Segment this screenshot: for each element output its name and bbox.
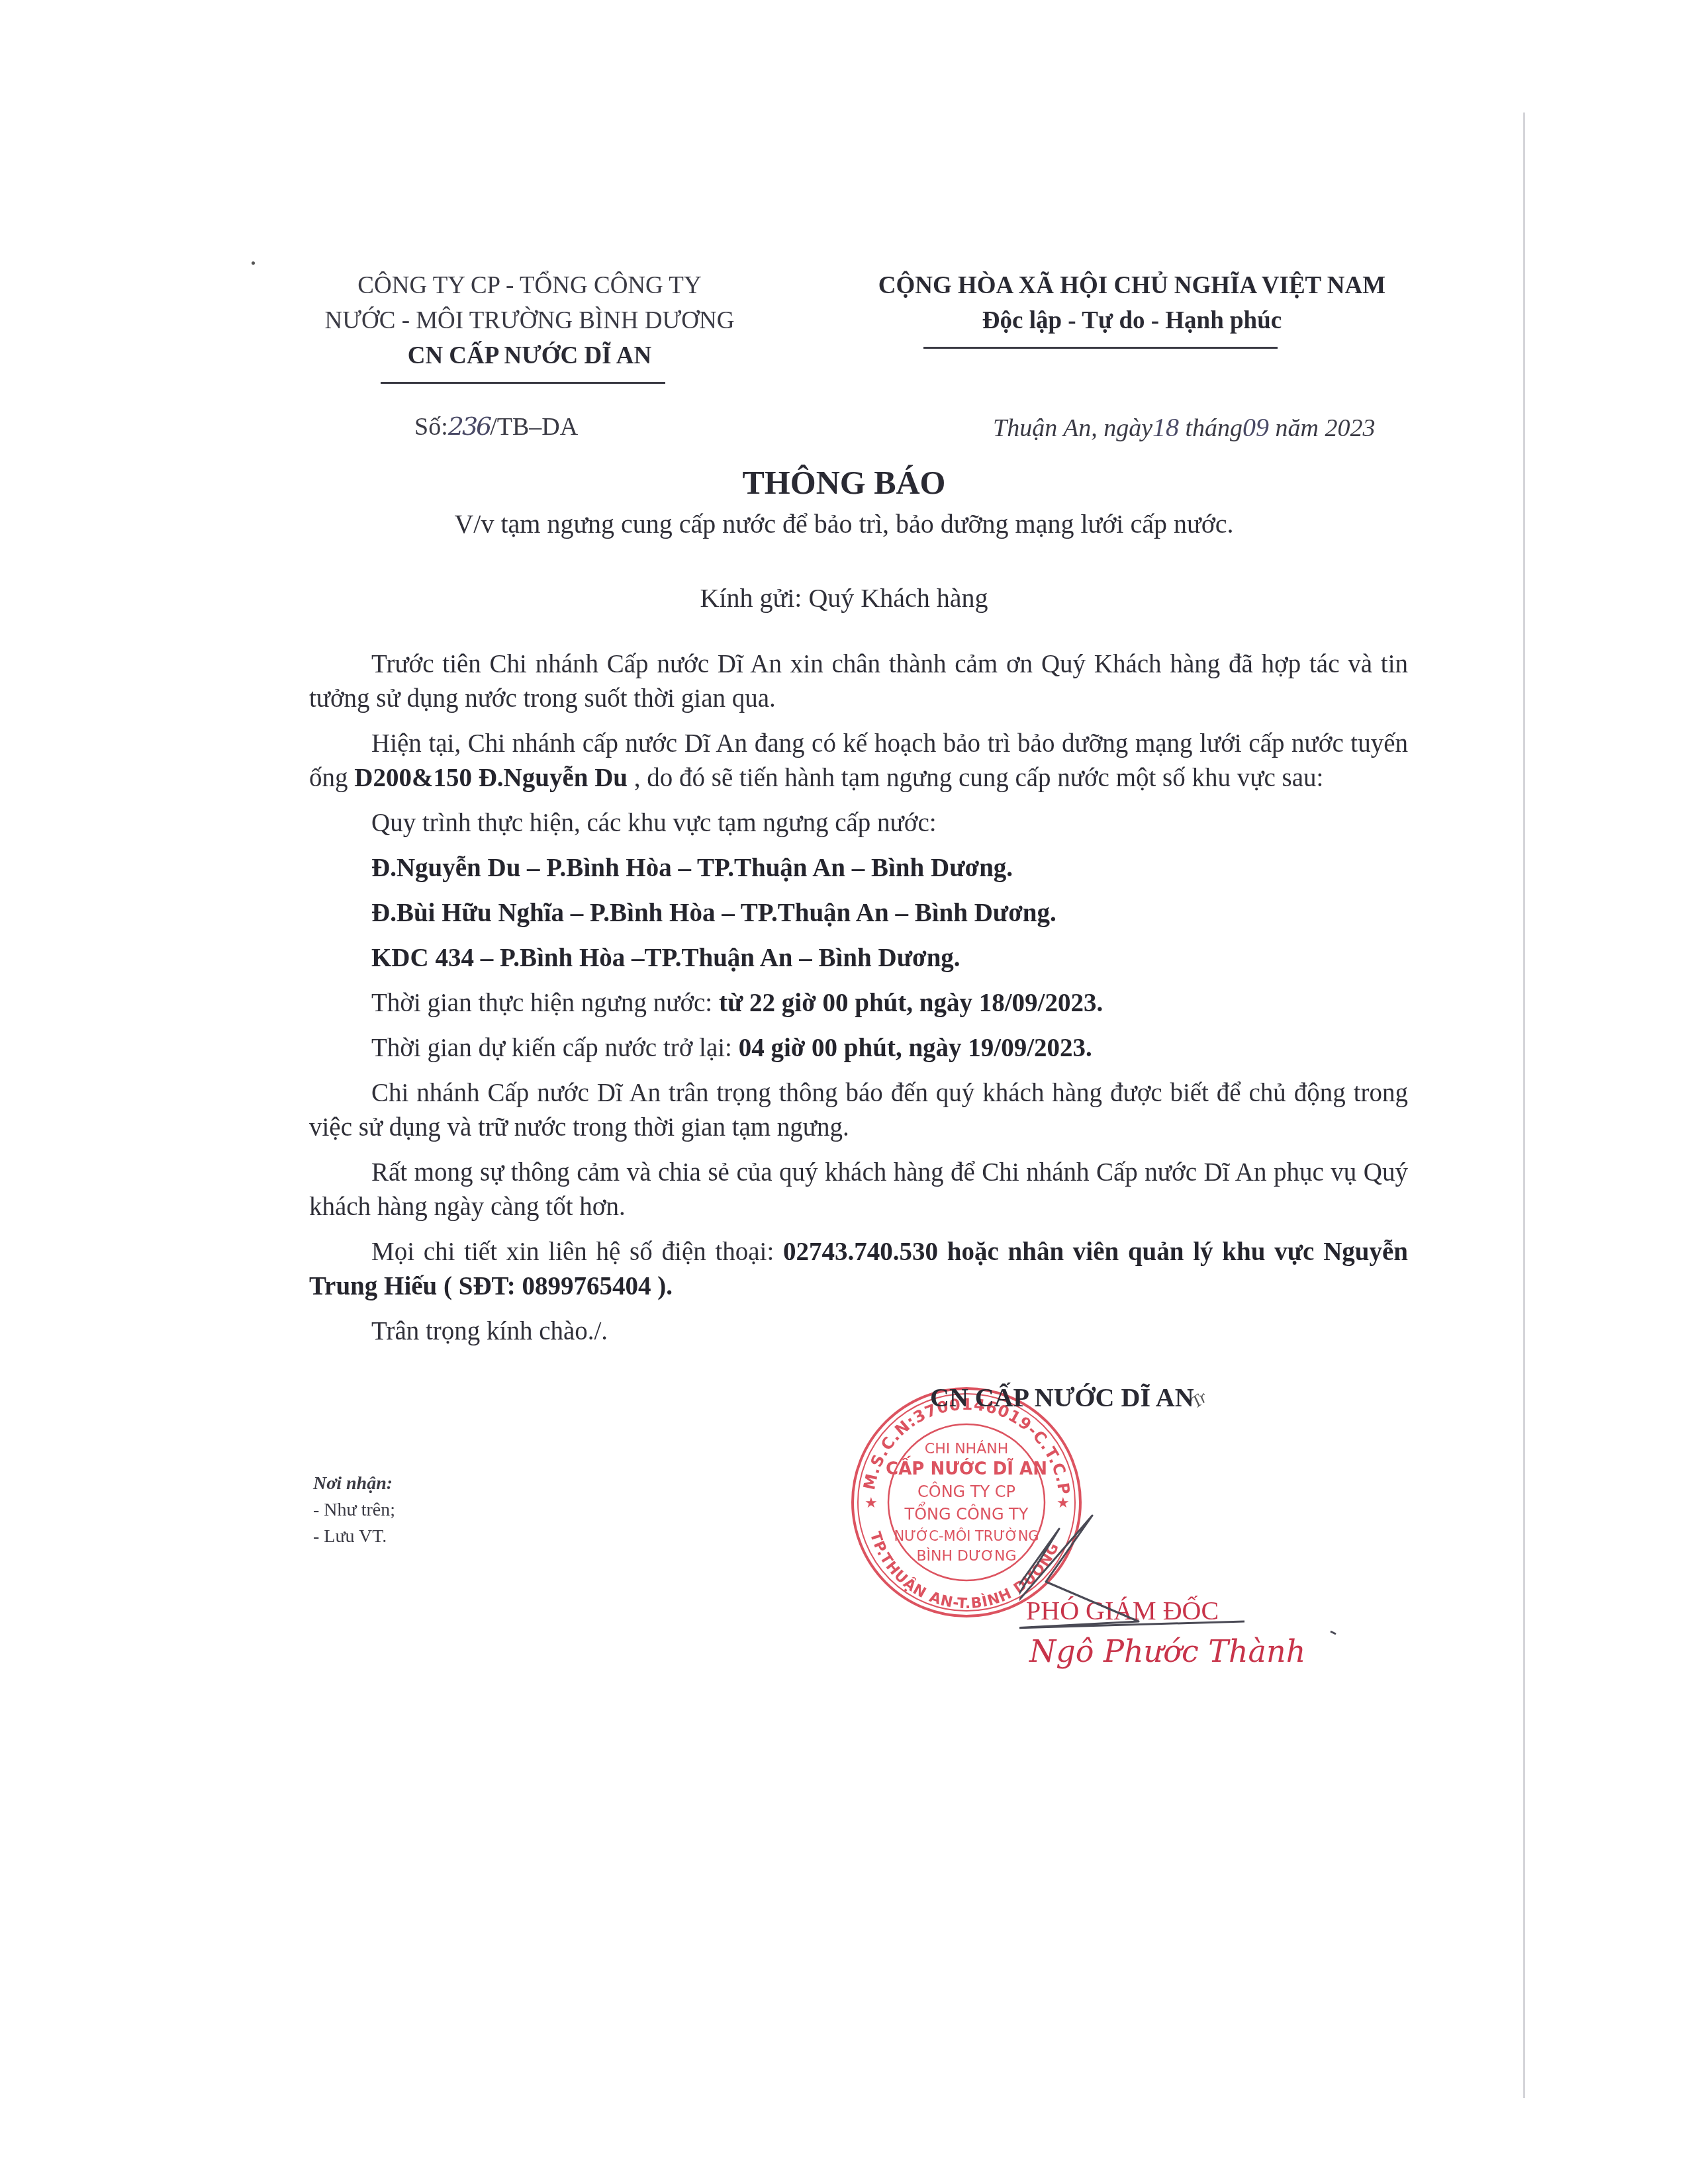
stamp-line: CÔNG TY CP <box>917 1481 1015 1501</box>
pipeline-name: D200&150 Đ.Nguyễn Du <box>354 764 628 792</box>
document-subject: V/v tạm ngưng cung cấp nước để bảo trì, … <box>0 508 1688 539</box>
doc-number-suffix: /TB–DA <box>490 413 578 441</box>
recipient-item: - Như trên; <box>313 1497 395 1524</box>
recipients-heading: Nơi nhận: <box>313 1471 395 1497</box>
signature-org: CN CẤP NƯỚC DĨ AN <box>930 1382 1194 1413</box>
salutation: Kính gửi: Quý Khách hàng <box>0 582 1688 614</box>
paragraph-thanks: Trước tiên Chi nhánh Cấp nước Dĩ An xin … <box>309 647 1408 716</box>
issuer-line-1: CÔNG TY CP - TỔNG CÔNG TY <box>291 268 768 303</box>
stop-time-label: Thời gian thực hiện ngưng nước: <box>371 989 719 1017</box>
paragraph-advisory: Chi nhánh Cấp nước Dĩ An trân trọng thôn… <box>309 1076 1408 1145</box>
recipients: Nơi nhận: - Như trên; - Lưu VT. <box>313 1471 395 1550</box>
place-label: Thuận An, ngày <box>993 414 1152 442</box>
issuer-header: CÔNG TY CP - TỔNG CÔNG TY NƯỚC - MÔI TRƯ… <box>291 268 768 373</box>
doc-number-prefix: Số: <box>414 413 448 441</box>
stop-time-value: từ 22 giờ 00 phút, ngày 18/09/2023. <box>719 989 1103 1017</box>
place-date: Thuận An, ngày18 tháng09 năm 2023 <box>993 412 1376 443</box>
date-day: 18 <box>1152 412 1179 442</box>
area-item: Đ.Nguyễn Du – P.Bình Hòa – TP.Thuận An –… <box>309 851 1408 886</box>
scan-speck <box>252 261 255 265</box>
nation-name: CỘNG HÒA XÃ HỘI CHỦ NGHĨA VIỆT NAM <box>841 268 1423 303</box>
stop-time: Thời gian thực hiện ngưng nước: từ 22 gi… <box>309 986 1408 1021</box>
areas-intro: Quy trình thực hiện, các khu vực tạm ngư… <box>309 806 1408 841</box>
stamp-line: TỔNG CÔNG TY <box>904 1502 1029 1524</box>
stamp-line: BÌNH DƯƠNG <box>917 1547 1017 1565</box>
paragraph-contact: Mọi chi tiết xin liên hệ số điện thoại: … <box>309 1235 1408 1304</box>
plan-text-cont: , do đó sẽ tiến hành tạm ngưng cung cấp … <box>628 764 1323 792</box>
area-item: KDC 434 – P.Bình Hòa –TP.Thuận An – Bình… <box>309 941 1408 976</box>
motto-underline <box>923 347 1278 349</box>
resume-time: Thời gian dự kiến cấp nước trở lại: 04 g… <box>309 1031 1408 1066</box>
year-label: năm 2023 <box>1276 414 1376 442</box>
stamp-line: CHI NHÁNH <box>925 1440 1008 1457</box>
area-item: Đ.Bùi Hữu Nghĩa – P.Bình Hòa – TP.Thuận … <box>309 896 1408 931</box>
contact-label: Mọi chi tiết xin liên hệ số điện thoại: <box>371 1238 783 1266</box>
handwritten-signature <box>1019 1489 1350 1641</box>
area-1: Đ.Nguyễn Du – P.Bình Hòa – TP.Thuận An –… <box>371 854 1013 882</box>
national-header: CỘNG HÒA XÃ HỘI CHỦ NGHĨA VIỆT NAM Độc l… <box>841 268 1423 338</box>
stamp-line: NƯỚC-MÔI TRƯỜNG <box>894 1527 1039 1544</box>
resume-time-label: Thời gian dự kiến cấp nước trở lại: <box>371 1034 739 1062</box>
recipient-item: - Lưu VT. <box>313 1524 395 1550</box>
document-title: THÔNG BÁO <box>0 463 1688 502</box>
stamp-line: CẤP NƯỚC DĨ AN <box>886 1455 1047 1479</box>
closing: Trân trọng kính chào./. <box>309 1314 1408 1349</box>
area-2: Đ.Bùi Hữu Nghĩa – P.Bình Hòa – TP.Thuận … <box>371 899 1056 927</box>
notice-body: Trước tiên Chi nhánh Cấp nước Dĩ An xin … <box>309 647 1408 1359</box>
issuer-underline <box>381 382 665 384</box>
issuer-branch: CN CẤP NƯỚC DĨ AN <box>291 338 768 373</box>
area-3: KDC 434 – P.Bình Hòa –TP.Thuận An – Bình… <box>371 944 961 972</box>
paragraph-apology: Rất mong sự thông cảm và chia sẻ của quý… <box>309 1156 1408 1224</box>
month-label: tháng <box>1186 414 1243 442</box>
document-number: Số:236/TB–DA <box>414 412 578 441</box>
paragraph-plan: Hiện tại, Chi nhánh cấp nước Dĩ An đang … <box>309 727 1408 796</box>
doc-number-handwritten: 236 <box>448 412 491 441</box>
national-motto: Độc lập - Tự do - Hạnh phúc <box>841 303 1423 338</box>
page-edge-shadow <box>1523 113 1525 2098</box>
date-month: 09 <box>1243 412 1269 442</box>
issuer-line-2: NƯỚC - MÔI TRƯỜNG BÌNH DƯƠNG <box>291 303 768 338</box>
resume-time-value: 04 giờ 00 phút, ngày 19/09/2023. <box>739 1034 1092 1062</box>
stamp-star-left: ★ <box>865 1495 878 1512</box>
